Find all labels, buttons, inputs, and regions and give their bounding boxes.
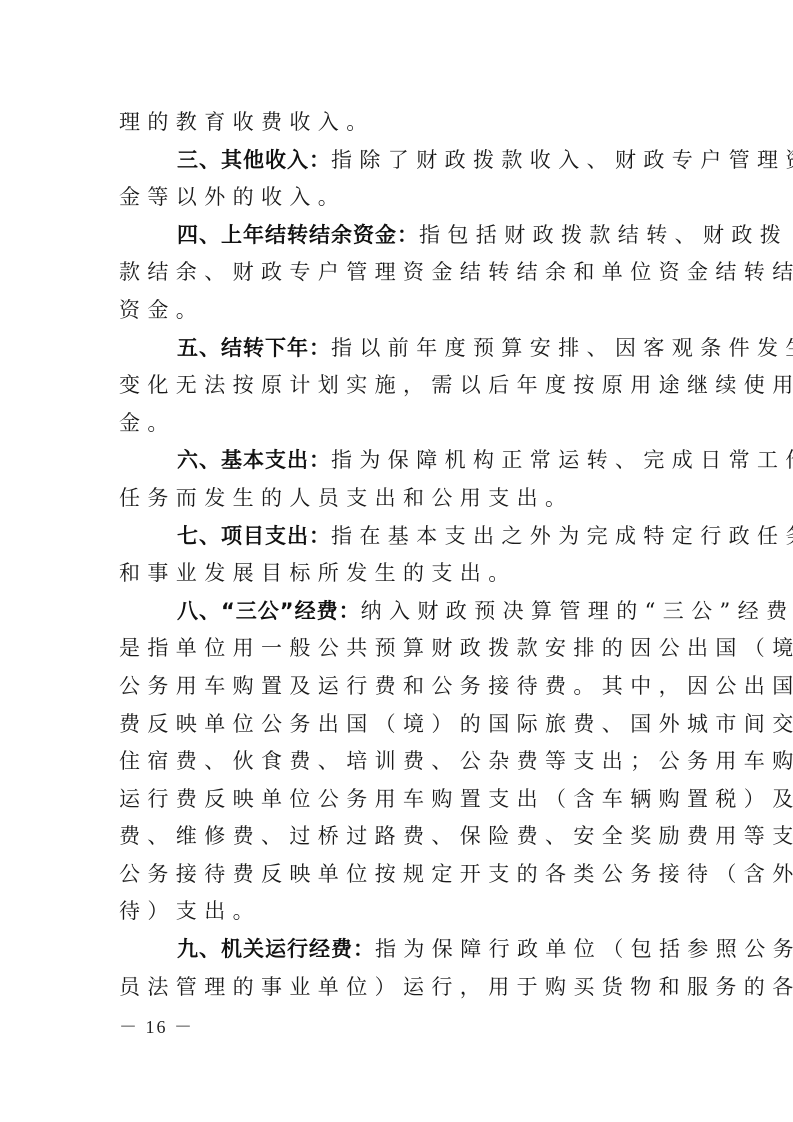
paragraph-line: 款结余、财政专户管理资金结转结余和单位资金结转结余的 <box>119 254 679 292</box>
paragraph-line: 理的教育收费收入。 <box>119 104 679 142</box>
section-title: 九、机关运行经费： <box>177 937 375 961</box>
section-title: 五、结转下年： <box>177 336 331 360</box>
section-heading-line: 五、结转下年：指以前年度预算安排、因客观条件发生 <box>119 330 679 368</box>
paragraph-line: 金等以外的收入。 <box>119 179 679 217</box>
paragraph-line: 资金。 <box>119 292 679 330</box>
paragraph-line: 费反映单位公务出国（境）的国际旅费、国外城市间交通费、 <box>119 706 679 744</box>
line-text: 款结余、财政专户管理资金结转结余和单位资金结转结余的 <box>119 260 793 284</box>
section-title: 七、项目支出： <box>177 524 331 548</box>
section-title: 四、上年结转结余资金： <box>177 223 419 247</box>
section-title: 八、“三公”经费： <box>177 599 361 623</box>
line-text: 费反映单位公务出国（境）的国际旅费、国外城市间交通费、 <box>119 712 793 736</box>
section-title: 六、基本支出： <box>177 448 331 472</box>
document-body: 理的教育收费收入。 三、其他收入：指除了财政拨款收入、财政专户管理资 金等以外的… <box>119 104 679 1006</box>
line-text: 金。 <box>119 411 176 435</box>
line-text: 待）支出。 <box>119 899 261 923</box>
line-text: 公务用车购置及运行费和公务接待费。其中，因公出国（境） <box>119 674 793 698</box>
line-text: 是指单位用一般公共预算财政拨款安排的因公出国（境）费、 <box>119 636 793 660</box>
section-title: 三、其他收入： <box>177 148 331 172</box>
line-text: 理的教育收费收入。 <box>119 110 375 134</box>
line-text: 纳入财政预决算管理的“三公”经费， <box>361 599 793 623</box>
paragraph-line: 员法管理的事业单位）运行，用于购买货物和服务的各项资 <box>119 969 679 1007</box>
section-heading-line: 九、机关运行经费：指为保障行政单位（包括参照公务 <box>119 931 679 969</box>
line-text: 指包括财政拨款结转、财政拨 <box>419 223 788 247</box>
section-heading-line: 六、基本支出：指为保障机构正常运转、完成日常工作 <box>119 442 679 480</box>
paragraph-line: 任务而发生的人员支出和公用支出。 <box>119 480 679 518</box>
line-text: 住宿费、伙食费、培训费、公杂费等支出；公务用车购置及 <box>119 749 793 773</box>
section-heading-line: 七、项目支出：指在基本支出之外为完成特定行政任务 <box>119 518 679 556</box>
paragraph-line: 公务接待费反映单位按规定开支的各类公务接待（含外宾接 <box>119 856 679 894</box>
paragraph-line: 是指单位用一般公共预算财政拨款安排的因公出国（境）费、 <box>119 630 679 668</box>
paragraph-line: 待）支出。 <box>119 893 679 931</box>
line-text: 指以前年度预算安排、因客观条件发生 <box>331 336 793 360</box>
paragraph-line: 住宿费、伙食费、培训费、公杂费等支出；公务用车购置及 <box>119 743 679 781</box>
section-heading-line: 三、其他收入：指除了财政拨款收入、财政专户管理资 <box>119 142 679 180</box>
line-text: 指除了财政拨款收入、财政专户管理资 <box>331 148 793 172</box>
line-text: 运行费反映单位公务用车购置支出（含车辆购置税）及燃料 <box>119 787 793 811</box>
line-text: 指为保障行政单位（包括参照公务 <box>375 937 793 961</box>
line-text: 指在基本支出之外为完成特定行政任务 <box>331 524 793 548</box>
paragraph-line: 费、维修费、过桥过路费、保险费、安全奖励费用等支出； <box>119 818 679 856</box>
line-text: 金等以外的收入。 <box>119 185 346 209</box>
line-text: 资金。 <box>119 298 204 322</box>
paragraph-line: 运行费反映单位公务用车购置支出（含车辆购置税）及燃料 <box>119 781 679 819</box>
line-text: 费、维修费、过桥过路费、保险费、安全奖励费用等支出； <box>119 824 793 848</box>
page-number: － 16 － <box>119 1013 194 1039</box>
line-text: 和事业发展目标所发生的支出。 <box>119 561 517 585</box>
paragraph-line: 变化无法按原计划实施，需以后年度按原用途继续使用的资 <box>119 367 679 405</box>
section-heading-line: 四、上年结转结余资金：指包括财政拨款结转、财政拨 <box>119 217 679 255</box>
paragraph-line: 公务用车购置及运行费和公务接待费。其中，因公出国（境） <box>119 668 679 706</box>
paragraph-line: 金。 <box>119 405 679 443</box>
line-text: 指为保障机构正常运转、完成日常工作 <box>331 448 793 472</box>
line-text: 任务而发生的人员支出和公用支出。 <box>119 486 573 510</box>
paragraph-line: 和事业发展目标所发生的支出。 <box>119 555 679 593</box>
line-text: 员法管理的事业单位）运行，用于购买货物和服务的各项资 <box>119 975 793 999</box>
section-heading-line: 八、“三公”经费：纳入财政预决算管理的“三公”经费， <box>119 593 679 631</box>
line-text: 公务接待费反映单位按规定开支的各类公务接待（含外宾接 <box>119 862 793 886</box>
line-text: 变化无法按原计划实施，需以后年度按原用途继续使用的资 <box>119 373 793 397</box>
